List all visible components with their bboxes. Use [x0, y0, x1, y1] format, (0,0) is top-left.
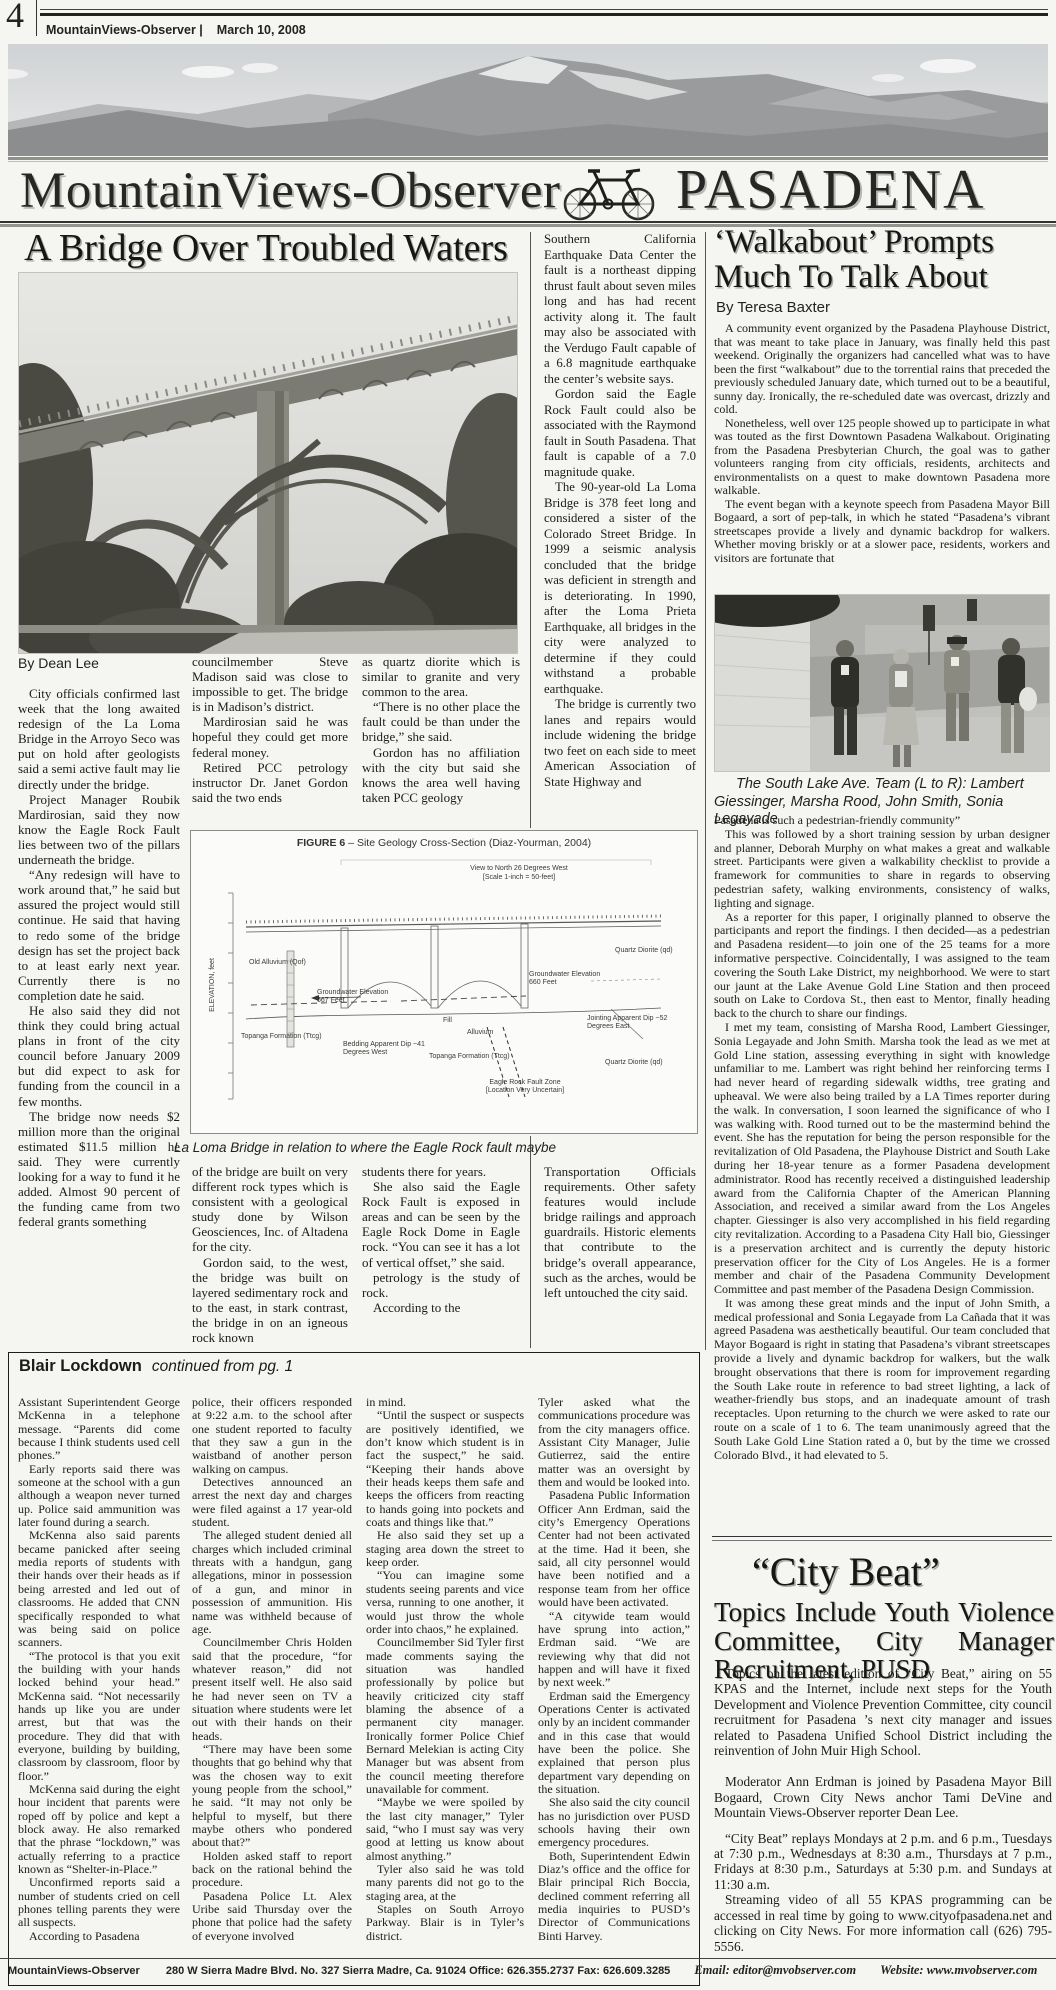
bridge-article-below-column-3: Transportation Officials requirements. O…	[544, 1164, 696, 1348]
bicycle-icon	[556, 164, 662, 222]
column-divider	[705, 232, 706, 1350]
section-title: PASADENA	[676, 158, 986, 222]
citybeat-body: Topics on the latest edition of “City Be…	[714, 1666, 1052, 1956]
figure-labels: View to North 26 Degrees West[Scale 1-in…	[191, 831, 697, 1133]
masthead-rule	[0, 221, 1056, 223]
header-divider	[36, 0, 37, 36]
lockdown-column-4: Tyler asked what the communications proc…	[538, 1396, 690, 1978]
page-number: 4	[6, 0, 24, 36]
blair-lockdown-header: Blair Lockdowncontinued from pg. 1	[19, 1357, 293, 1376]
header-rule-thick	[40, 13, 1048, 16]
bridge-article-column-1: City officials confirmed last week that …	[18, 686, 180, 1338]
running-head-date: March 10, 2008	[217, 23, 306, 37]
bridge-article-below-column-1: of the bridge are built on very differen…	[192, 1164, 348, 1348]
walkabout-article-headline: ‘Walkabout’ Prompts Much To Talk About	[714, 225, 1052, 295]
header-rule-thin	[40, 9, 1048, 10]
footer-email: Email: editor@mvobserver.com	[694, 1963, 856, 1978]
figure-caption: La Loma Bridge in relation to where the …	[150, 1140, 580, 1155]
running-head: MountainViews-Observer |March 10, 2008	[46, 23, 306, 37]
blair-lockdown-title: Blair Lockdown	[19, 1357, 142, 1375]
bridge-article-below-column-2: students there for years.She also said t…	[362, 1164, 520, 1348]
walkabout-article-byline: By Teresa Baxter	[716, 299, 830, 316]
footer-paper-name: MountainViews-Observer	[8, 1965, 140, 1977]
footer-website: Website: www.mvobserver.com	[880, 1963, 1037, 1978]
footer: MountainViews-Observer 280 W Sierra Madr…	[8, 1963, 1050, 1978]
lockdown-column-2: police, their officers responded at 9:22…	[192, 1396, 352, 1978]
lockdown-column-3: in mind.“Until the suspect or suspects a…	[366, 1396, 524, 1978]
citybeat-divider-thin	[712, 1540, 1052, 1541]
footer-address: 280 W Sierra Madre Blvd. No. 327 Sierra …	[166, 1965, 670, 1977]
column-divider	[530, 1136, 531, 1348]
newspaper-page: 4 MountainViews-Observer |March 10, 2008	[0, 0, 1056, 1990]
bridge-article-middle-column: Southern California Earthquake Data Cent…	[544, 232, 696, 830]
south-lake-team-photo	[714, 594, 1050, 772]
citybeat-divider	[712, 1536, 1052, 1537]
la-loma-bridge-photo	[18, 272, 518, 654]
citybeat-headline: “City Beat”	[714, 1548, 1052, 1595]
footer-rule	[0, 1958, 1056, 1959]
column-divider	[530, 232, 531, 828]
walkabout-article-body-bottom: Pasadena is such a pedestrian-friendly c…	[714, 814, 1050, 1532]
blair-lockdown-continued-note: continued from pg. 1	[152, 1358, 293, 1375]
running-head-paper: MountainViews-Observer |	[46, 23, 203, 37]
bridge-article-byline: By Dean Lee	[18, 655, 99, 671]
lockdown-column-1: Assistant Superintendent George McKenna …	[18, 1396, 180, 1978]
mountain-panorama-photo	[8, 44, 1048, 156]
geology-cross-section-figure: FIGURE 6 – Site Geology Cross-Section (D…	[190, 830, 698, 1134]
walkabout-article-body-top: A community event organized by the Pasad…	[714, 322, 1050, 590]
bridge-article-headline: A Bridge Over Troubled Waters	[10, 226, 522, 270]
masthead-title: MountainViews-Observer	[20, 162, 560, 220]
bridge-article-column-2: councilmember Steve Madison said was clo…	[192, 654, 348, 830]
bridge-article-column-3: as quartz diorite which is similar to gr…	[362, 654, 520, 830]
